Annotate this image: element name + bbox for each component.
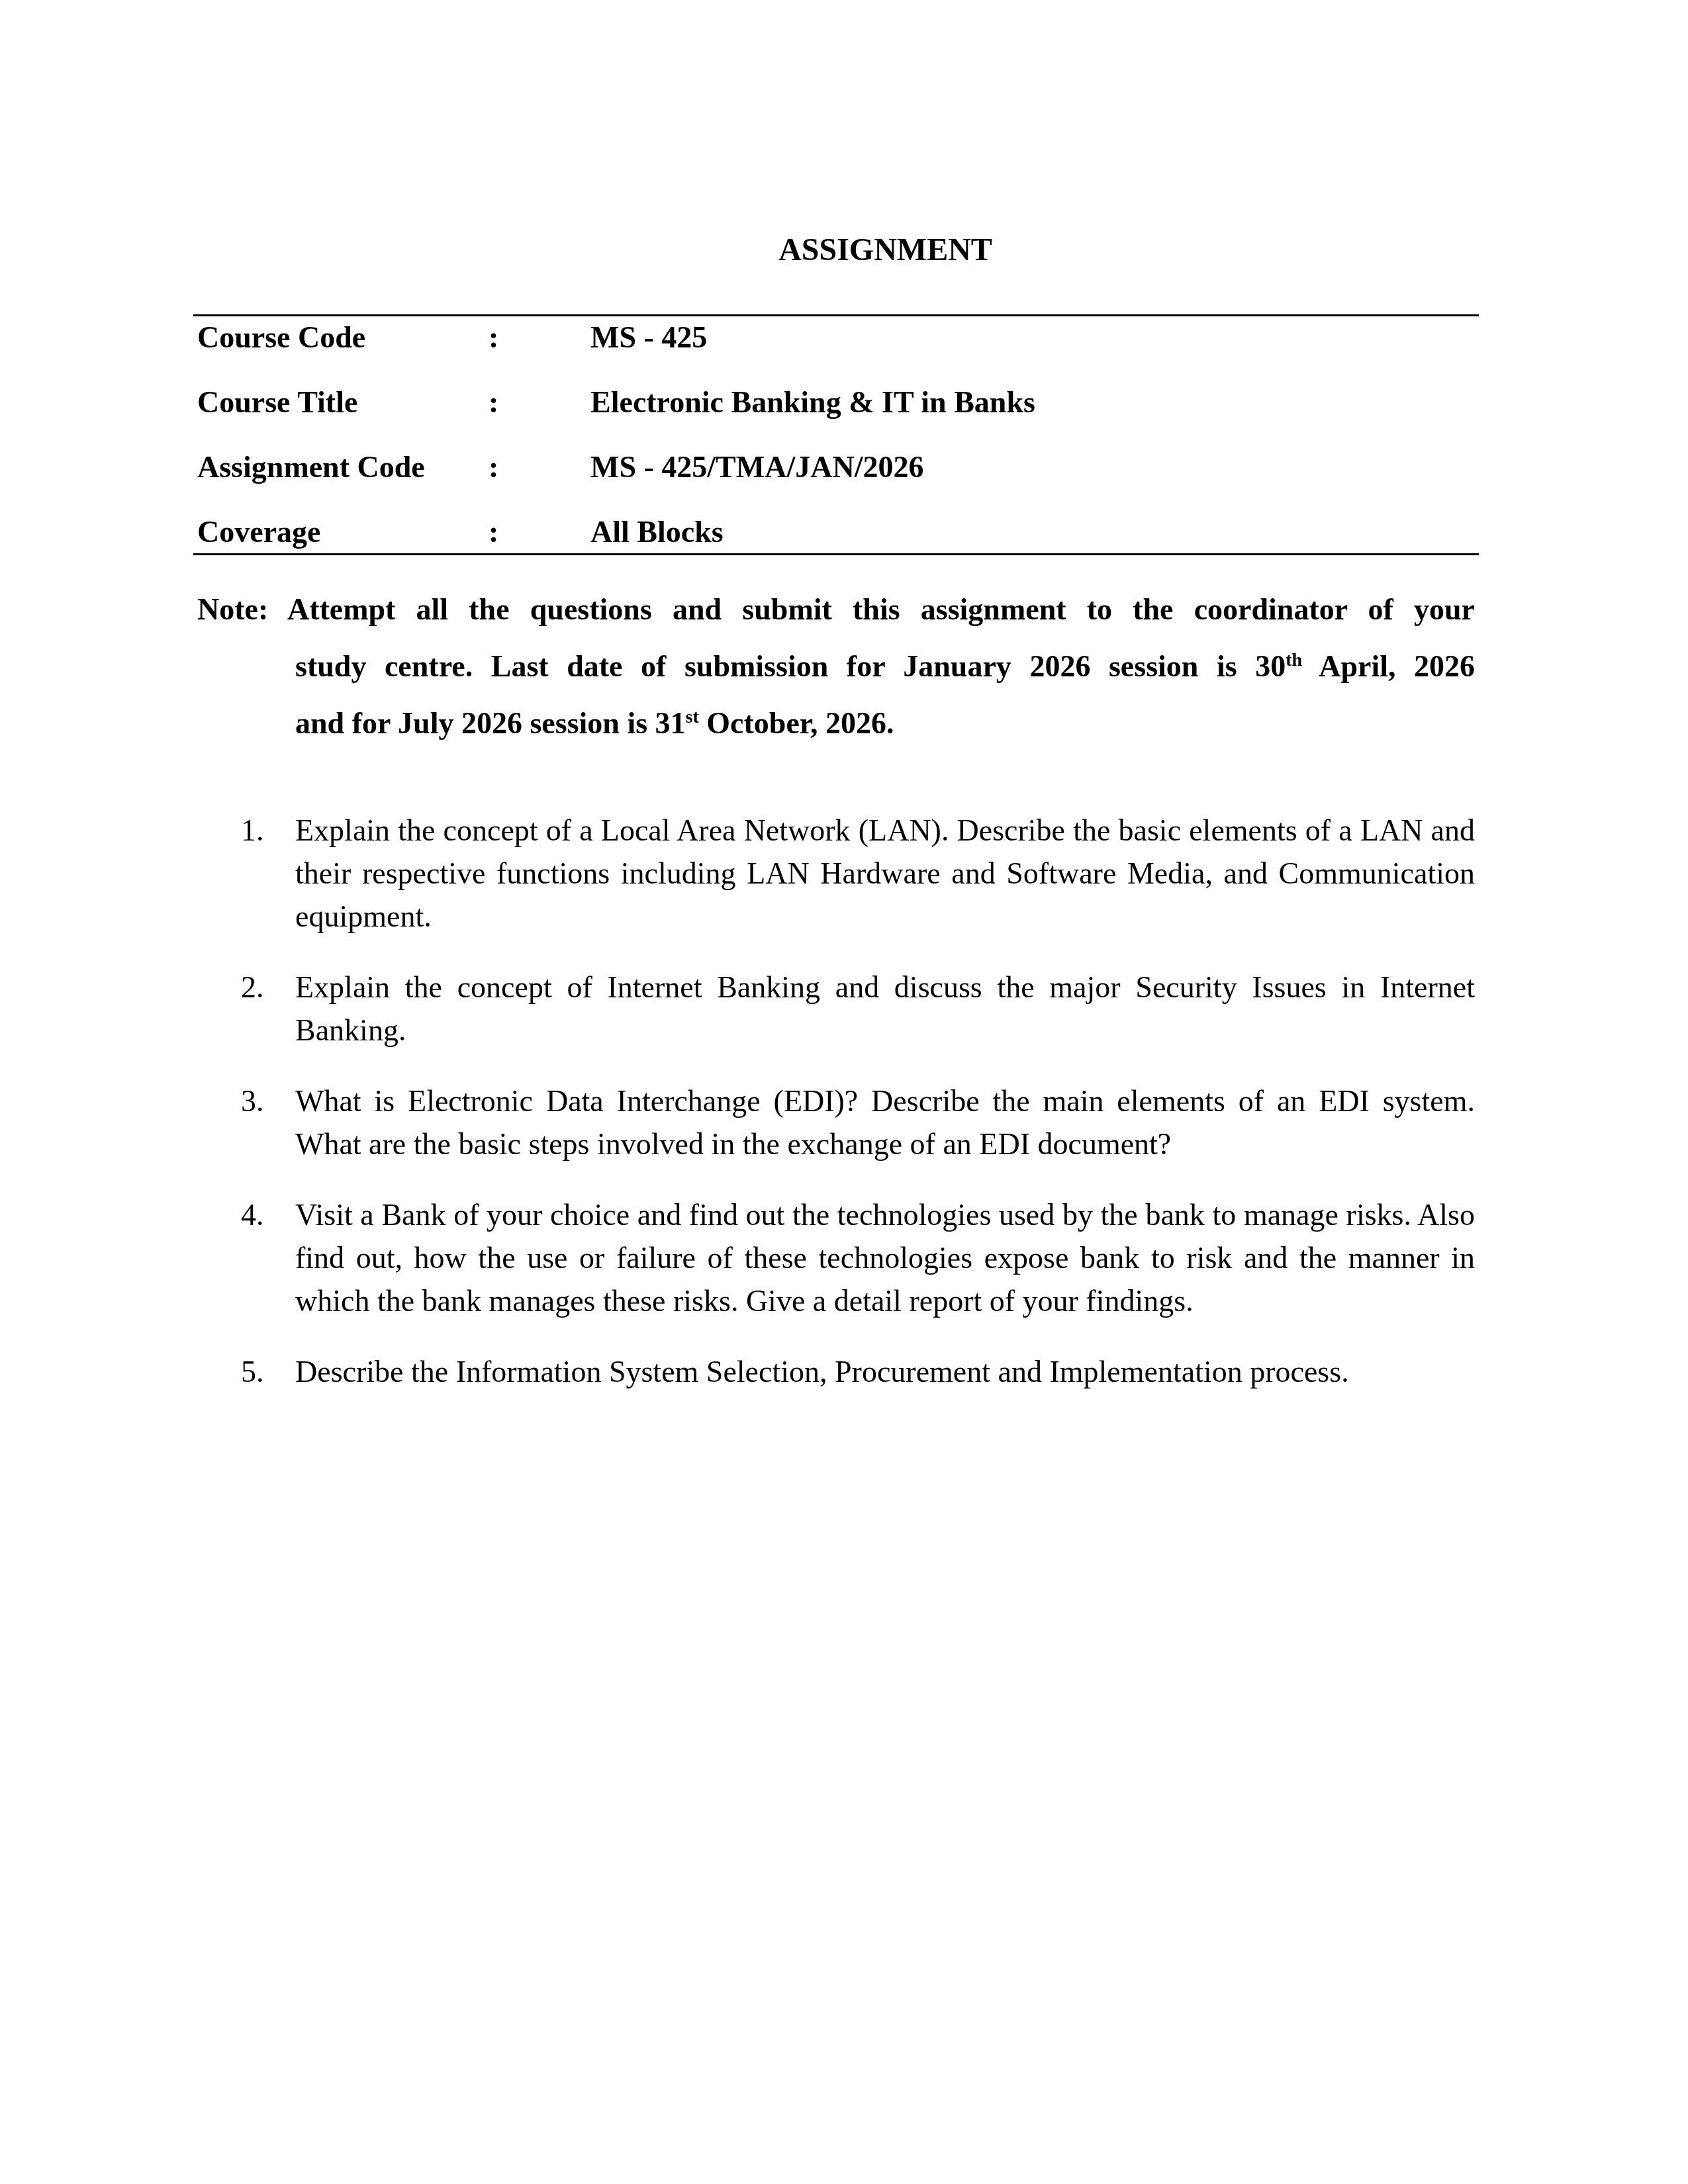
course-info-table: Course Code : MS - 425 Course Title : El… [197,318,1475,577]
question-item: 1. Explain the concept of a Local Area N… [225,809,1475,938]
meta-label: Coverage [197,512,320,552]
question-text: What is Electronic Data Interchange (EDI… [295,1084,1475,1161]
course-code-row: Course Code : MS - 425 [197,318,1475,383]
submission-note: Note: Attempt all the questions and subm… [197,581,1475,752]
meta-separator: : [489,512,498,552]
question-item: 4. Visit a Bank of your choice and find … [225,1193,1475,1322]
question-number: 4. [241,1193,264,1236]
meta-value: Electronic Banking & IT in Banks [590,383,1035,422]
question-list: 1. Explain the concept of a Local Area N… [225,809,1475,1421]
ordinal-suffix: st [686,707,699,727]
note-text: and for July 2026 session is 31 [295,706,686,740]
meta-label: Course Code [197,318,365,357]
question-text: Describe the Information System Selectio… [295,1355,1349,1388]
assignment-code-row: Assignment Code : MS - 425/TMA/JAN/2026 [197,447,1475,512]
note-text: Attempt all the questions and submit thi… [287,592,1475,626]
meta-separator: : [489,447,498,487]
question-text: Explain the concept of Internet Banking … [295,970,1475,1047]
question-number: 1. [241,809,264,852]
question-item: 2. Explain the concept of Internet Banki… [225,966,1475,1052]
note-prefix: Note: [197,592,268,626]
document-page: ASSIGNMENT Course Code : MS - 425 Course… [0,0,1688,2184]
question-text: Explain the concept of a Local Area Netw… [295,813,1475,933]
top-divider [193,314,1479,316]
note-text: April, 2026 [1302,649,1475,683]
meta-value: MS - 425/TMA/JAN/2026 [590,447,923,487]
note-line-3: and for July 2026 session is 31st Octobe… [197,695,1475,752]
question-item: 5. Describe the Information System Selec… [225,1350,1475,1393]
meta-separator: : [489,383,498,422]
question-number: 3. [241,1079,264,1122]
question-number: 2. [241,966,264,1009]
note-line-2: study centre. Last date of submission fo… [197,638,1475,695]
question-number: 5. [241,1350,264,1393]
meta-label: Assignment Code [197,447,425,487]
note-text: study centre. Last date of submission fo… [295,649,1286,683]
meta-value: MS - 425 [590,318,707,357]
page-title: ASSIGNMENT [0,232,1688,268]
meta-value: All Blocks [590,512,724,552]
question-item: 3. What is Electronic Data Interchange (… [225,1079,1475,1165]
coverage-row: Coverage : All Blocks [197,512,1475,577]
bottom-divider [193,553,1479,555]
meta-separator: : [489,318,498,357]
question-text: Visit a Bank of your choice and find out… [295,1198,1475,1318]
course-title-row: Course Title : Electronic Banking & IT i… [197,383,1475,447]
meta-label: Course Title [197,383,357,422]
ordinal-suffix: th [1286,650,1302,670]
note-line-1: Note: Attempt all the questions and subm… [197,581,1475,638]
note-text: October, 2026. [699,706,894,740]
